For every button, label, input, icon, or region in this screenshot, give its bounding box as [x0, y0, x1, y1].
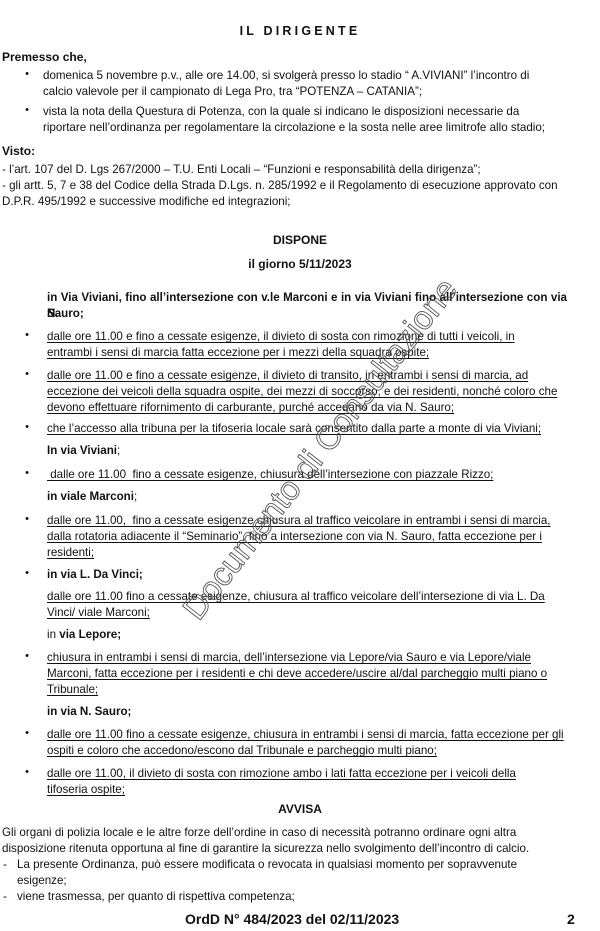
davinci-label: in via L. Da Vinci; — [47, 567, 143, 583]
dispone-heading: DISPONE — [0, 233, 600, 247]
avvisa-dash-2-line-1: viene trasmessa, per quanto di rispettiv… — [17, 889, 568, 905]
avvisa-paragraph-line-2: disposizione ritenuta opportuna al fine … — [2, 841, 568, 857]
bullet-icon: • — [22, 727, 32, 739]
bullet-icon: • — [22, 368, 32, 380]
dispone-date: il giorno 5/11/2023 — [0, 257, 600, 271]
bullet-icon: • — [22, 467, 32, 479]
avvisa-dash-1-line-2: esigenze; — [17, 873, 568, 889]
davinci-item-line-2: Vinci/ viale Marconi; — [47, 605, 567, 621]
marconi-label: in viale Marconi; — [47, 489, 137, 505]
dispone-item-2-line-3: devono effettuare rifornimento di carbur… — [47, 400, 567, 416]
sauro-item-1-line-1: dalle ore 11.00 fino a cessate esigenze,… — [47, 727, 567, 743]
premesso-item-1-line-1: domenica 5 novembre p.v., alle ore 14.00… — [43, 68, 567, 84]
premesso-item-2-line-1: vista la nota della Questura di Potenza,… — [43, 104, 567, 120]
premesso-item-1-line-2: calcio valevole per il campionato di Leg… — [43, 84, 567, 100]
viviani-label-tail: ; — [117, 444, 120, 457]
dispone-item-2-line-2: eccezione dei veicoli della squadra ospi… — [47, 384, 567, 400]
avvisa-paragraph-line-1: Gli organi di polizia locale e le altre … — [2, 825, 568, 841]
bullet-icon: • — [22, 513, 32, 525]
dash-icon: - — [3, 889, 7, 905]
avvisa-dash-1-line-1: La presente Ordinanza, può essere modifi… — [17, 857, 568, 873]
avvisa-heading: AVVISA — [0, 802, 600, 816]
dispone-intro-line-2: Sauro; — [47, 306, 567, 322]
page-number: 2 — [567, 911, 575, 927]
sauro-label: in via N. Sauro; — [47, 704, 131, 720]
marconi-item-line-3: residenti; — [47, 545, 567, 561]
lepore-item-line-3: Tribunale; — [47, 682, 567, 698]
lepore-label-bold: via Lepore; — [59, 628, 121, 641]
dispone-item-1-line-1: dalle ore 11.00 e fino a cessate esigenz… — [47, 329, 567, 345]
lepore-item-line-1: chiusura in entrambi i sensi di marcia, … — [47, 650, 567, 666]
premesso-heading: Premesso che, — [2, 50, 87, 64]
bullet-icon: • — [22, 329, 32, 341]
dispone-item-1-line-2: entrambi i sensi di marcia fatta eccezio… — [47, 345, 567, 361]
sauro-item-2-line-2: tifoseria ospite; — [47, 782, 567, 798]
marconi-label-tail: ; — [134, 490, 137, 503]
marconi-label-bold: in viale Marconi — [47, 490, 134, 503]
visto-line-3: D.P.R. 495/1992 e successive modifiche e… — [2, 194, 572, 210]
viviani-item: dalle ore 11.00 fino a cessate esigenze,… — [47, 467, 567, 483]
davinci-item-line-1: dalle ore 11.00 fino a cessate esigenze,… — [47, 589, 567, 605]
visto-line-2: - gli artt. 5, 7 e 38 del Codice della S… — [2, 178, 572, 194]
sauro-item-1-line-2: ospiti e coloro che accedono/escono dal … — [47, 743, 567, 759]
visto-heading: Visto: — [2, 144, 35, 158]
lepore-label: in via Lepore; — [47, 627, 121, 643]
bullet-icon: • — [22, 567, 32, 579]
dispone-item-3-line-1: che l’accesso alla tribuna per la tifose… — [47, 421, 567, 437]
marconi-item-line-2: dalla rotatoria adiacente il “Seminario”… — [47, 529, 567, 545]
marconi-item-line-1: dalle ore 11.00, fino a cessate esigenze… — [47, 513, 567, 529]
dispone-item-2-line-1: dalle ore 11.00 e fino a cessate esigenz… — [47, 368, 567, 384]
lepore-label-pre: in — [47, 628, 59, 641]
sauro-item-2-line-1: dalle ore 11.00, il divieto di sosta con… — [47, 766, 567, 782]
bullet-icon: • — [22, 650, 32, 662]
bullet-icon: • — [22, 766, 32, 778]
bullet-icon: • — [22, 104, 32, 116]
viviani-label-bold: In via Viviani — [47, 444, 117, 457]
premesso-item-2-line-2: riportare nell’ordinanza per regolamenta… — [43, 120, 567, 136]
dash-icon: - — [3, 857, 7, 873]
viviani-label: In via Viviani; — [47, 443, 120, 459]
document-page: IL DIRIGENTE Premesso che, • domenica 5 … — [0, 0, 600, 931]
visto-line-1: - l’art. 107 del D. Lgs 267/2000 – T.U. … — [2, 162, 572, 178]
page-title: IL DIRIGENTE — [0, 24, 600, 38]
bullet-icon: • — [22, 421, 32, 433]
footer-reference: OrdD N° 484/2023 del 02/11/2023 — [185, 911, 399, 927]
lepore-item-line-2: Marconi, fatta eccezione per i residenti… — [47, 666, 567, 682]
bullet-icon: • — [22, 68, 32, 80]
